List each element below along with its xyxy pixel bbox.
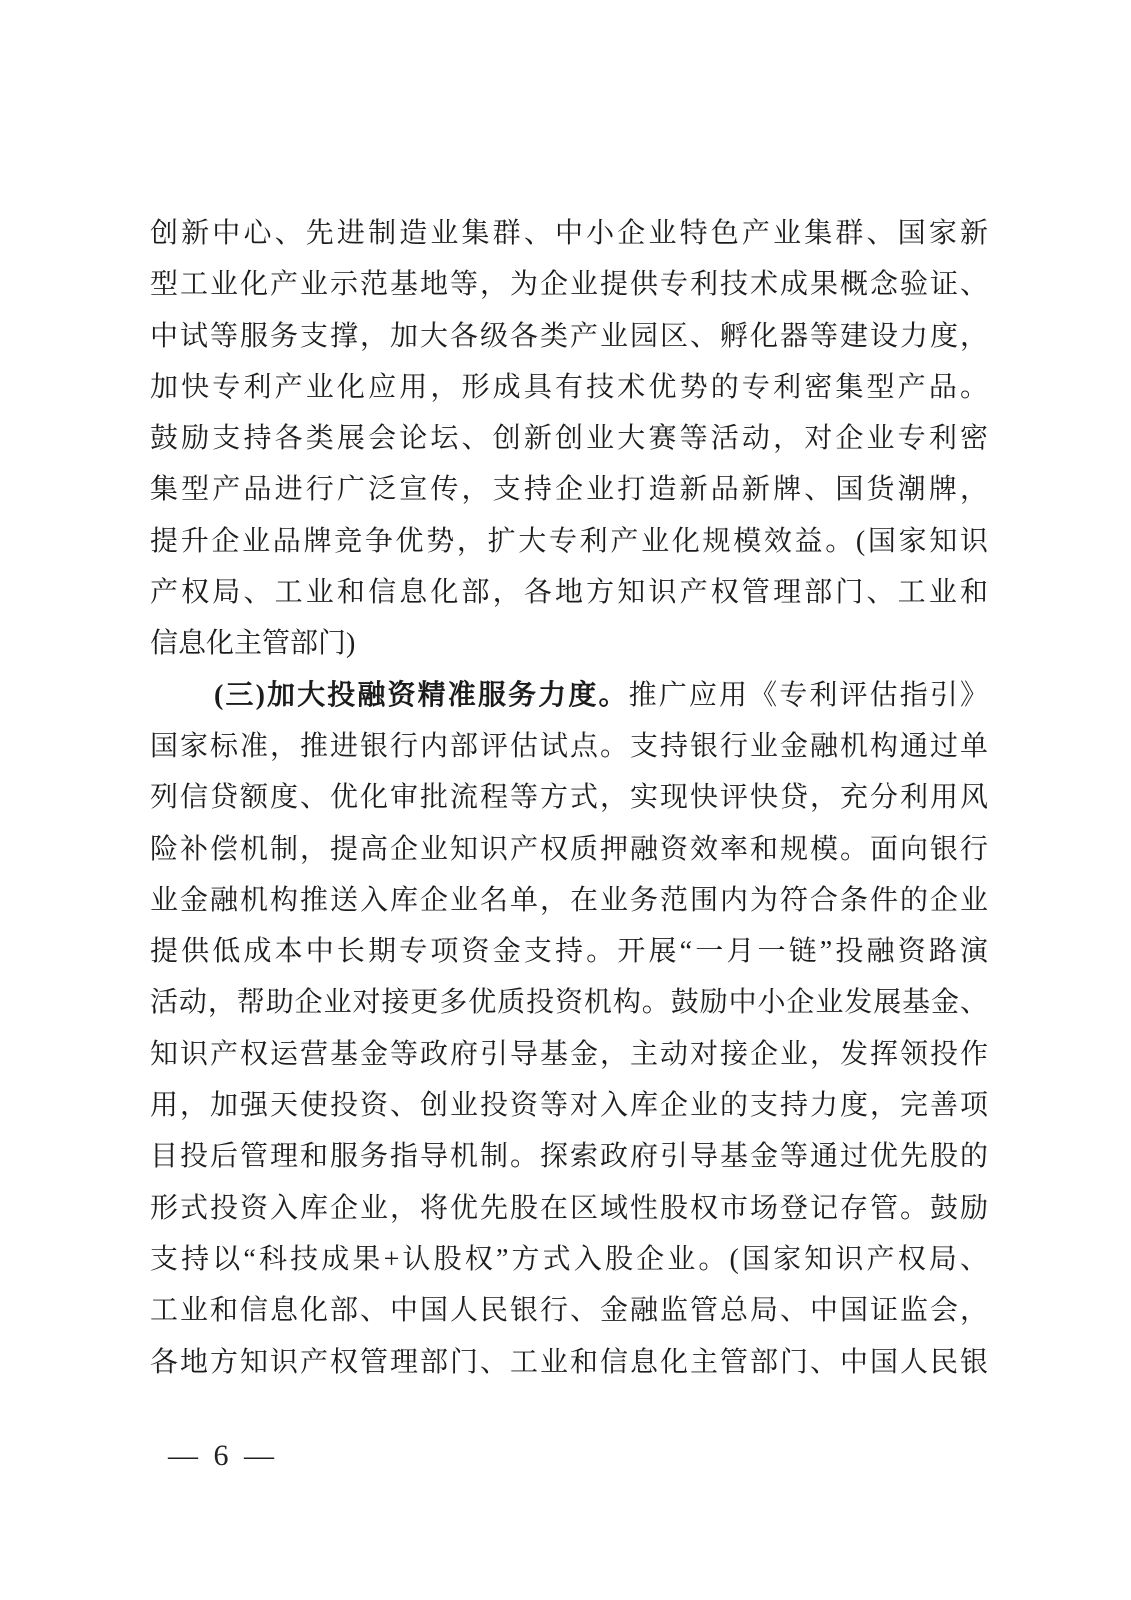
body-line: 支持以“科技成果+认股权”方式入股企业。(国家知识产权局、: [150, 1234, 988, 1285]
body-line: 知识产权运营基金等政府引导基金，主动对接企业，发挥领投作: [150, 1029, 988, 1080]
body-line: 活动，帮助企业对接更多优质投资机构。鼓励中小企业发展基金、: [150, 977, 988, 1028]
page-number: — 6 —: [168, 1436, 275, 1476]
body-line: 鼓励支持各类展会论坛、创新创业大赛等活动，对企业专利密: [150, 413, 988, 464]
body-line: 目投后管理和服务指导机制。探索政府引导基金等通过优先股的: [150, 1131, 988, 1182]
body-line: 各地方知识产权管理部门、工业和信息化主管部门、中国人民银: [150, 1337, 988, 1388]
body-line: 形式投资入库企业，将优先股在区域性股权市场登记存管。鼓励: [150, 1183, 988, 1234]
body-line: 提升企业品牌竞争优势，扩大专利产业化规模效益。(国家知识: [150, 516, 988, 567]
body-line: 信息化主管部门): [150, 618, 988, 669]
body-line: 创新中心、先进制造业集群、中小企业特色产业集群、国家新: [150, 208, 988, 259]
document-page: 创新中心、先进制造业集群、中小企业特色产业集群、国家新 型工业化产业示范基地等，…: [0, 0, 1131, 1600]
body-line: 业金融机构推送入库企业名单，在业务范围内为符合条件的企业: [150, 875, 988, 926]
document-body: 创新中心、先进制造业集群、中小企业特色产业集群、国家新 型工业化产业示范基地等，…: [150, 208, 988, 1388]
body-line: 工业和信息化部、中国人民银行、金融监管总局、中国证监会，: [150, 1285, 988, 1336]
body-line: 加快专利产业化应用，形成具有技术优势的专利密集型产品。: [150, 362, 988, 413]
section-heading-line: (三)加大投融资精准服务力度。推广应用《专利评估指引》: [150, 670, 988, 721]
body-line: 产权局、工业和信息化部，各地方知识产权管理部门、工业和: [150, 567, 988, 618]
body-line: 型工业化产业示范基地等，为企业提供专利技术成果概念验证、: [150, 259, 988, 310]
body-line: 列信贷额度、优化审批流程等方式，实现快评快贷，充分利用风: [150, 772, 988, 823]
section-heading-continuation: 推广应用《专利评估指引》: [629, 680, 988, 711]
body-line: 险补偿机制，提高企业知识产权质押融资效率和规模。面向银行: [150, 824, 988, 875]
body-line: 提供低成本中长期专项资金支持。开展“一月一链”投融资路演: [150, 926, 988, 977]
body-line: 国家标准，推进银行内部评估试点。支持银行业金融机构通过单: [150, 721, 988, 772]
section-heading: (三)加大投融资精准服务力度。: [214, 680, 629, 711]
body-line: 中试等服务支撑，加大各级各类产业园区、孵化器等建设力度，: [150, 311, 988, 362]
body-line: 用，加强天使投资、创业投资等对入库企业的支持力度，完善项: [150, 1080, 988, 1131]
body-line: 集型产品进行广泛宣传，支持企业打造新品新牌、国货潮牌，: [150, 464, 988, 515]
